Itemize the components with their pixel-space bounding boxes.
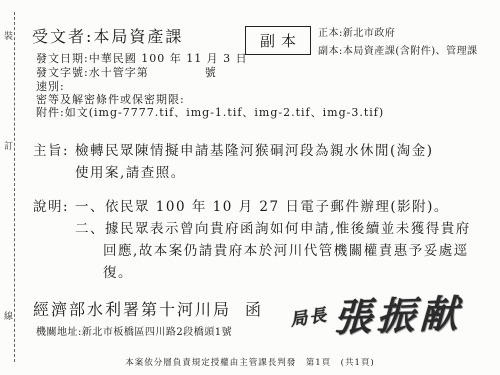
footer-note: 本案依分層負責規定授權由主管課長判發 第1頁 (共1頁) bbox=[0, 356, 500, 368]
description-item-2-line-3: 復。 bbox=[103, 261, 133, 281]
binding-char-xian: 線 bbox=[4, 308, 13, 323]
description-item-1: 說明:一、依民眾 100 年 10 月 27 日電子郵件辦理(影附)。 bbox=[33, 195, 449, 215]
attachment-line: 附件:如文(img-7777.tif、img-1.tif、img-2.tif、i… bbox=[36, 104, 384, 120]
binding-dashed-line bbox=[14, 12, 15, 362]
subject-line-2: 使用案,請查照。 bbox=[75, 161, 186, 181]
issuer-org-line: 經濟部水利署第十河川局函 bbox=[33, 297, 263, 320]
distribution-original: 正本:新北市政府 bbox=[318, 24, 395, 39]
doc-number-suffix: 號 bbox=[205, 66, 217, 79]
subject-label: 主旨: bbox=[33, 139, 75, 159]
description-item-1-text: 依民眾 100 年 10 月 27 日電子郵件辦理(影附)。 bbox=[105, 199, 449, 215]
recipient-line: 受文者:本局資產課 bbox=[32, 24, 183, 47]
description-item-2-text-1: 據民眾表示曾向貴府函詢如何申請,惟後續並未獲得貴府 bbox=[105, 221, 471, 237]
copy-stamp-label: 副本 bbox=[254, 30, 302, 51]
issuer-doc-type: 函 bbox=[245, 300, 263, 319]
description-label: 說明: bbox=[33, 195, 75, 215]
binding-char-ding: 訂 bbox=[4, 138, 13, 153]
distribution-copy: 副本:本局資產課(含附件)、管理課 bbox=[318, 42, 478, 57]
signer-title: 局長 bbox=[288, 300, 329, 330]
description-item-2-line-2: 回應,故本案仍請貴府本於河川代管機關權責惠予妥處逕 bbox=[103, 239, 469, 259]
signature-block: 局長 張振献 bbox=[288, 283, 498, 353]
subject-text-1: 檢轉民眾陳情擬申請基隆河猴硐河段為親水休閒(淘金) bbox=[75, 143, 434, 159]
scanned-official-letter: { "binding": { "top": "裝", "middle": "訂"… bbox=[0, 0, 500, 375]
issuer-address: 機關地址:新北市板橋區四川路2段橋頭1號 bbox=[36, 323, 232, 338]
description-item-2-num: 二、 bbox=[75, 221, 105, 237]
subject-line-1: 主旨:檢轉民眾陳情擬申請基隆河猴硐河段為親水休閒(淘金) bbox=[33, 139, 434, 159]
description-item-2-line-1: 二、據民眾表示曾向貴府函詢如何申請,惟後續並未獲得貴府 bbox=[75, 217, 471, 237]
issuer-org-name: 經濟部水利署第十河川局 bbox=[33, 300, 231, 319]
binding-char-zhuang: 裝 bbox=[4, 28, 13, 43]
description-item-1-num: 一、 bbox=[75, 199, 105, 215]
signer-name-handwritten: 張振献 bbox=[333, 283, 464, 343]
copy-stamp-box: 副本 bbox=[245, 26, 311, 55]
